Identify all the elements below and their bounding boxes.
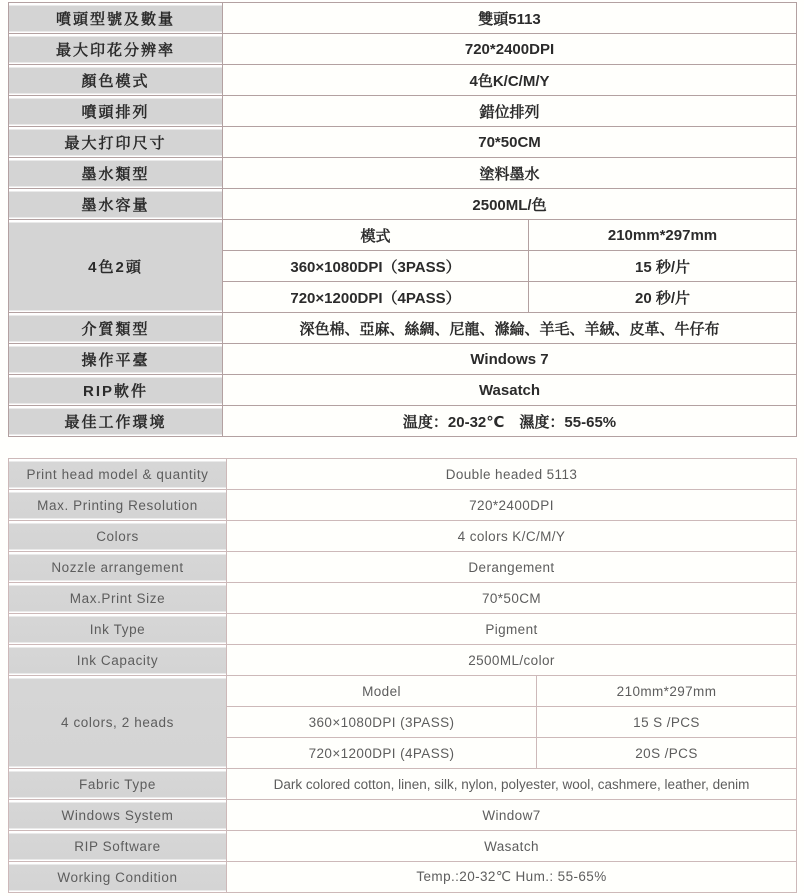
table-row: RIP Software Wasatch <box>9 831 797 862</box>
spec-sub-right: 20 秒/片 <box>529 282 797 313</box>
table-row: Max.Print Size 70*50CM <box>9 583 797 614</box>
spec-label: Windows System <box>9 800 227 831</box>
spec-sub-right: 210mm*297mm <box>537 676 797 707</box>
spec-label: Ink Capacity <box>9 645 227 676</box>
spec-label: Fabric Type <box>9 769 227 800</box>
spec-label-rowspan: 4 colors, 2 heads <box>9 676 227 769</box>
spec-value: Dark colored cotton, linen, silk, nylon,… <box>227 769 797 800</box>
table-row: Nozzle arrangement Derangement <box>9 552 797 583</box>
table-row: 最佳工作環境 温度：20-32℃ 濕度：55-65% <box>9 406 797 437</box>
spec-label: 最大打印尺寸 <box>9 127 223 158</box>
spec-sheet-page: 噴頭型號及數量 雙頭5113 最大印花分辨率 720*2400DPI 顏色模式 … <box>0 0 804 896</box>
table-row: Fabric Type Dark colored cotton, linen, … <box>9 769 797 800</box>
spec-label: Max. Printing Resolution <box>9 490 227 521</box>
spec-label: 最佳工作環境 <box>9 406 223 437</box>
spec-label: Nozzle arrangement <box>9 552 227 583</box>
spec-value: Pigment <box>227 614 797 645</box>
spec-value: 70*50CM <box>227 583 797 614</box>
spec-label: Colors <box>9 521 227 552</box>
spec-sub-left: 360×1080DPI（3PASS） <box>223 251 529 282</box>
table-row: 操作平臺 Windows 7 <box>9 344 797 375</box>
spec-sub-left: 720×1200DPI (4PASS) <box>227 738 537 769</box>
spec-label: RIP軟件 <box>9 375 223 406</box>
table-row: Ink Capacity 2500ML/color <box>9 645 797 676</box>
spec-value: Double headed 5113 <box>227 459 797 490</box>
table-row: Ink Type Pigment <box>9 614 797 645</box>
spec-sub-right: 15 秒/片 <box>529 251 797 282</box>
spec-value: 4色K/C/M/Y <box>223 65 797 96</box>
spec-label: 操作平臺 <box>9 344 223 375</box>
spec-label: 噴頭排列 <box>9 96 223 127</box>
spec-value: 錯位排列 <box>223 96 797 127</box>
spec-sub-right: 210mm*297mm <box>529 220 797 251</box>
spec-value: Wasatch <box>227 831 797 862</box>
spec-value: Wasatch <box>223 375 797 406</box>
spec-sub-right: 20S /PCS <box>537 738 797 769</box>
table-row: 噴頭排列 錯位排列 <box>9 96 797 127</box>
spec-value: 720*2400DPI <box>223 34 797 65</box>
spec-value: 70*50CM <box>223 127 797 158</box>
spec-label: 最大印花分辨率 <box>9 34 223 65</box>
spec-value: 温度：20-32℃ 濕度：55-65% <box>223 406 797 437</box>
cn-spec-table: 噴頭型號及數量 雙頭5113 最大印花分辨率 720*2400DPI 顏色模式 … <box>8 2 797 437</box>
spec-value: 塗料墨水 <box>223 158 797 189</box>
spec-value: Window7 <box>227 800 797 831</box>
spec-value: 720*2400DPI <box>227 490 797 521</box>
spec-sub-left: 模式 <box>223 220 529 251</box>
table-row: 最大印花分辨率 720*2400DPI <box>9 34 797 65</box>
spec-value: Temp.:20-32℃ Hum.: 55-65% <box>227 862 797 893</box>
table-row: 4色2頭 模式 210mm*297mm <box>9 220 797 251</box>
spec-label: 墨水容量 <box>9 189 223 220</box>
spec-sub-left: 720×1200DPI（4PASS） <box>223 282 529 313</box>
spec-label: Ink Type <box>9 614 227 645</box>
spec-label: 顏色模式 <box>9 65 223 96</box>
table-row: 墨水容量 2500ML/色 <box>9 189 797 220</box>
spec-value: Derangement <box>227 552 797 583</box>
table-row: Max. Printing Resolution 720*2400DPI <box>9 490 797 521</box>
table-row: 顏色模式 4色K/C/M/Y <box>9 65 797 96</box>
spec-label: Print head model & quantity <box>9 459 227 490</box>
spec-label: Max.Print Size <box>9 583 227 614</box>
spec-value: 2500ML/色 <box>223 189 797 220</box>
table-row: 最大打印尺寸 70*50CM <box>9 127 797 158</box>
spec-label: Working Condition <box>9 862 227 893</box>
table-row: 4 colors, 2 heads Model 210mm*297mm <box>9 676 797 707</box>
spec-label: 噴頭型號及數量 <box>9 3 223 34</box>
table-row: Windows System Window7 <box>9 800 797 831</box>
table-row: RIP軟件 Wasatch <box>9 375 797 406</box>
en-spec-table: Print head model & quantity Double heade… <box>8 458 797 893</box>
spec-value: Windows 7 <box>223 344 797 375</box>
spec-label: 介質類型 <box>9 313 223 344</box>
table-row: Working Condition Temp.:20-32℃ Hum.: 55-… <box>9 862 797 893</box>
spec-value: 雙頭5113 <box>223 3 797 34</box>
spec-label-rowspan: 4色2頭 <box>9 220 223 313</box>
table-row: Print head model & quantity Double heade… <box>9 459 797 490</box>
spec-sub-left: Model <box>227 676 537 707</box>
spec-sub-right: 15 S /PCS <box>537 707 797 738</box>
table-row: Colors 4 colors K/C/M/Y <box>9 521 797 552</box>
spec-value: 深色棉、亞麻、絲綢、尼龍、滌綸、羊毛、羊絨、皮革、牛仔布 <box>223 313 797 344</box>
table-row: 介質類型 深色棉、亞麻、絲綢、尼龍、滌綸、羊毛、羊絨、皮革、牛仔布 <box>9 313 797 344</box>
spec-value: 2500ML/color <box>227 645 797 676</box>
spec-value: 4 colors K/C/M/Y <box>227 521 797 552</box>
spec-label: 墨水類型 <box>9 158 223 189</box>
spec-sub-left: 360×1080DPI (3PASS) <box>227 707 537 738</box>
spec-label: RIP Software <box>9 831 227 862</box>
table-row: 墨水類型 塗料墨水 <box>9 158 797 189</box>
table-row: 噴頭型號及數量 雙頭5113 <box>9 3 797 34</box>
